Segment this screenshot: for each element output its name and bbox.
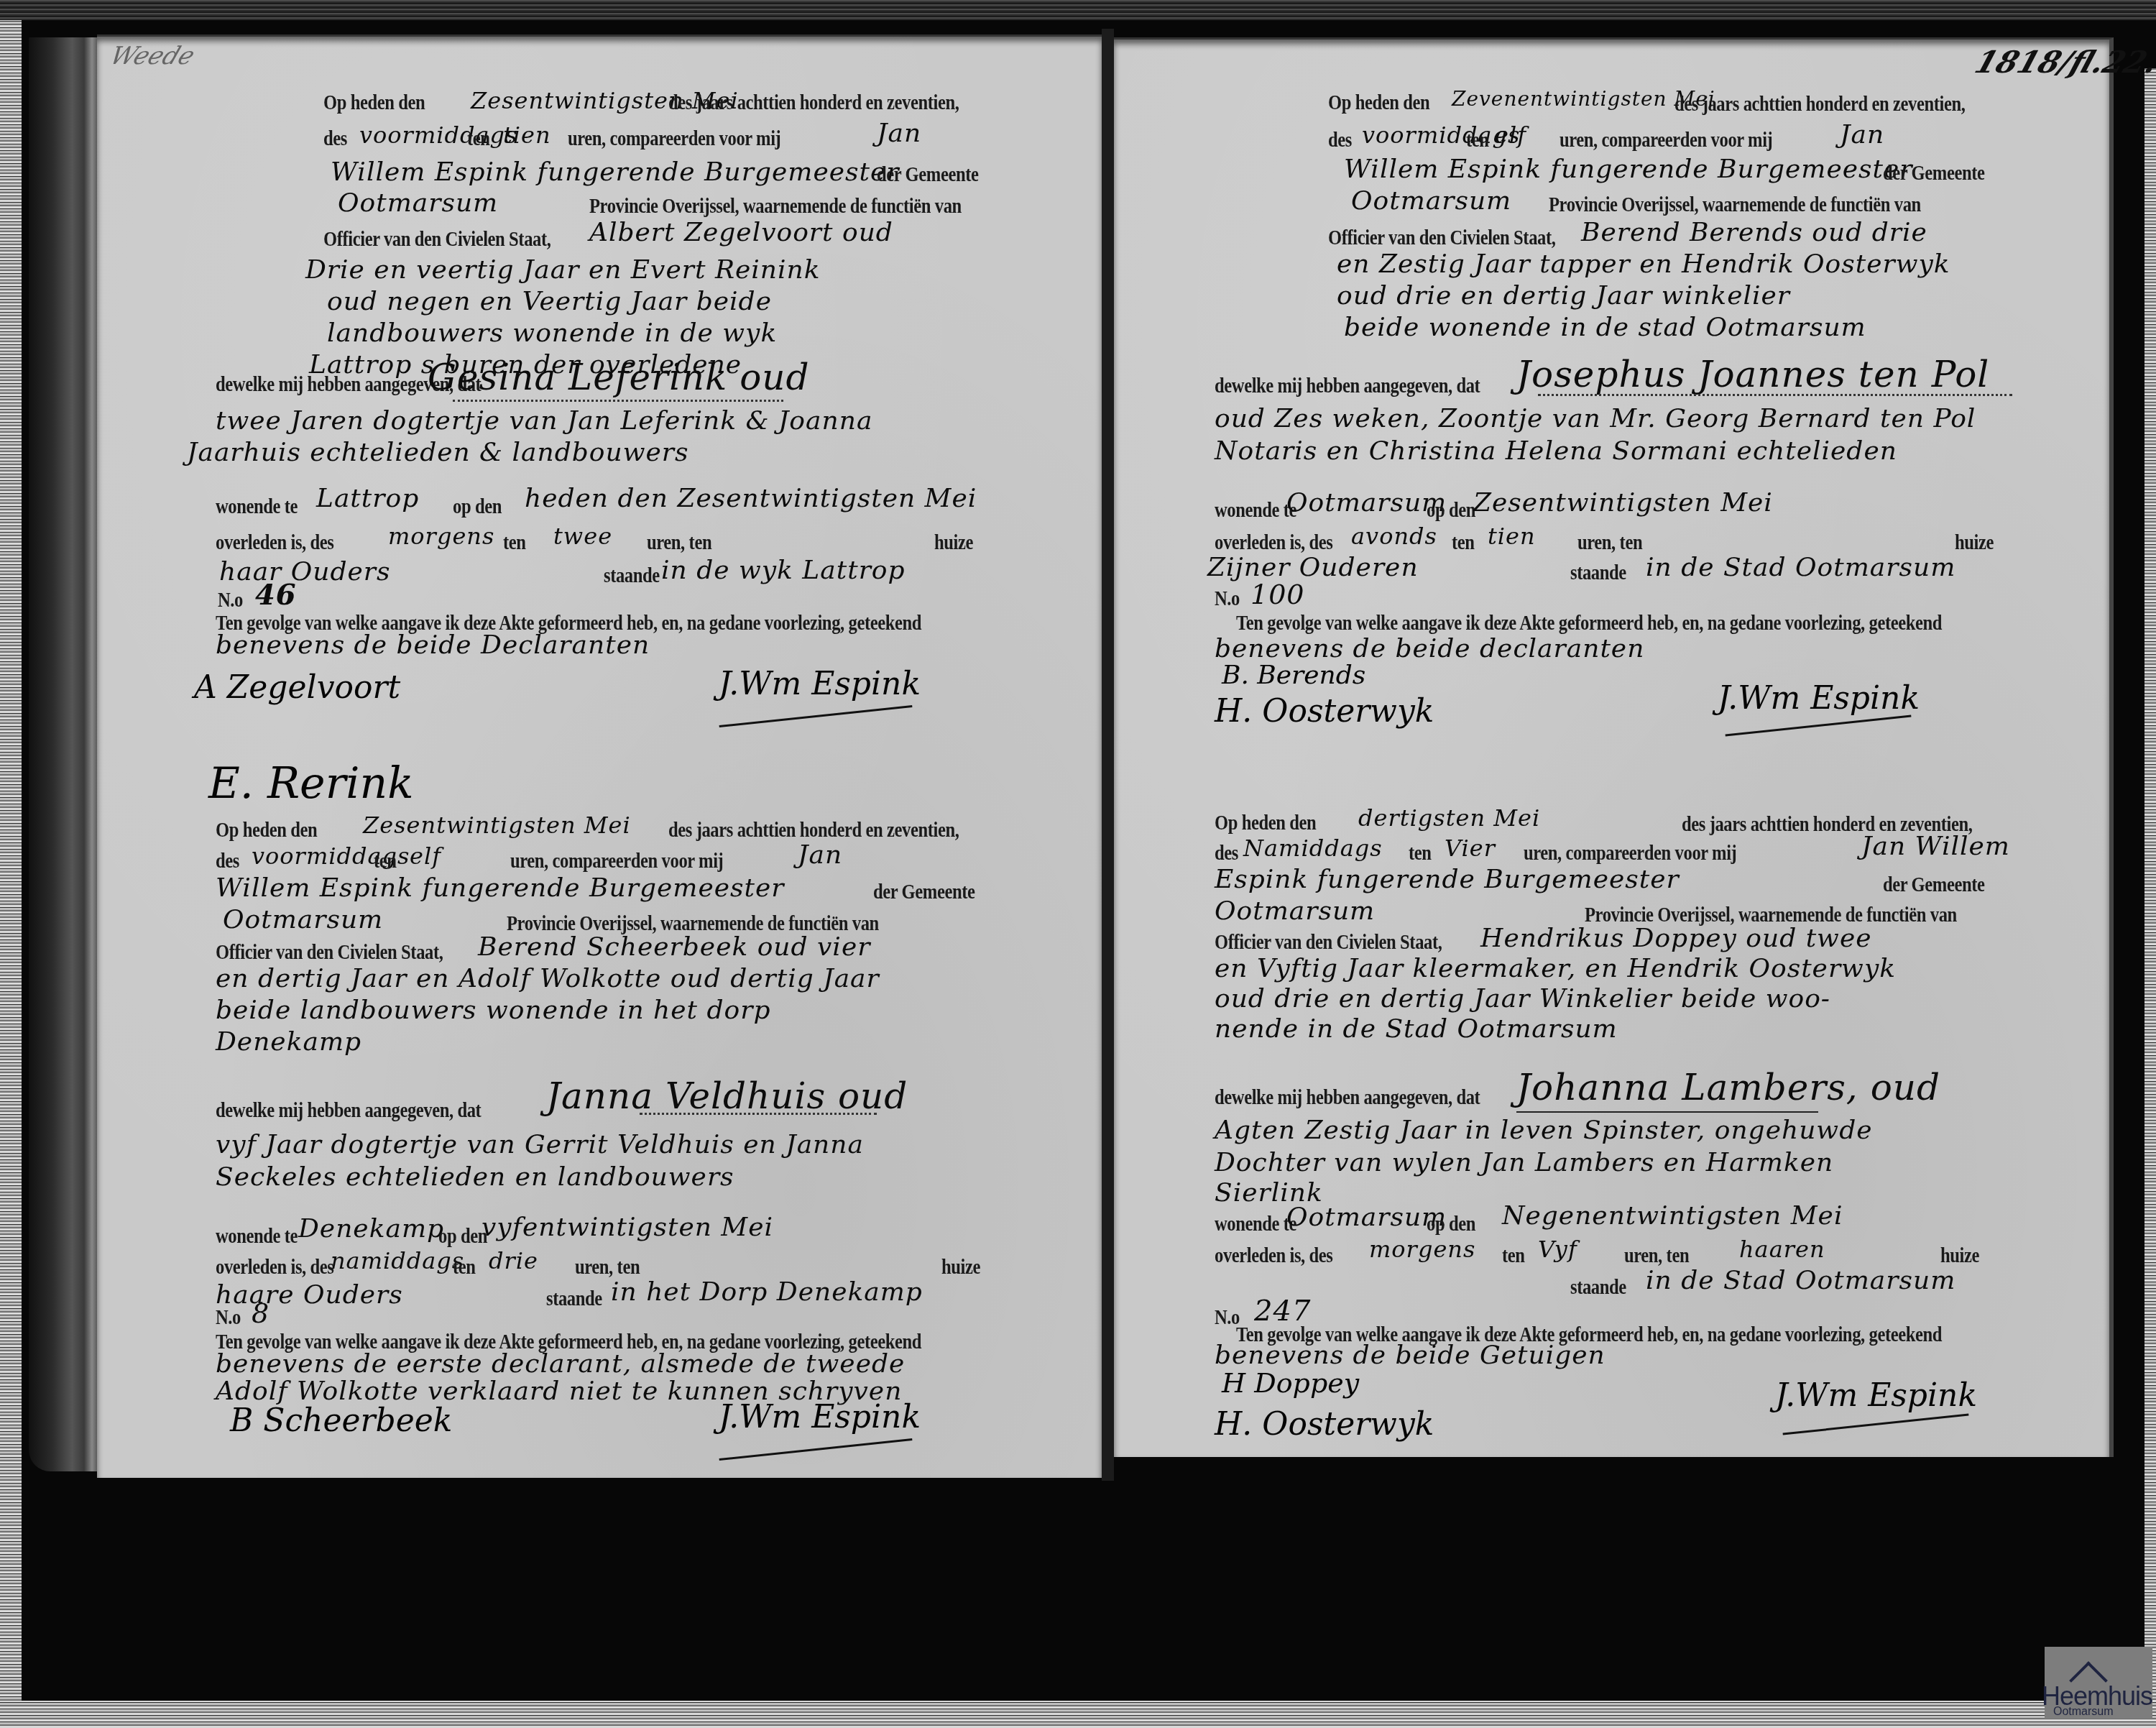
form-huize: huize xyxy=(1940,1245,1979,1267)
act-hour: elf xyxy=(410,845,441,868)
book-gutter xyxy=(1102,29,1114,1481)
form-overleden: overleden is, des xyxy=(216,532,334,553)
declarant-line-2: oud drie en dertig Jaar winkelier xyxy=(1337,283,1790,309)
form-uren-ten: uren, ten xyxy=(1624,1245,1689,1267)
death-location: in het Dorp Denekamp xyxy=(611,1279,923,1305)
act-hour: tien xyxy=(503,124,551,147)
form-op-den: op den xyxy=(453,496,502,518)
house: haaren xyxy=(1739,1238,1825,1261)
form-op-heden: Op heden den xyxy=(216,819,317,841)
margin-name: E. Rerink xyxy=(208,762,414,805)
death-date: Zesentwintigsten Mei xyxy=(1473,490,1773,516)
form-uren-comparant: uren, compareerden voor mij xyxy=(568,128,780,150)
signature-declarant: B Scheerbeek xyxy=(230,1405,452,1437)
details-line-1: Notaris en Christina Helena Sormani echt… xyxy=(1215,438,1897,464)
act-number: 46 xyxy=(255,581,297,610)
form-des-jaars: des jaars achttien honderd en zeventien, xyxy=(668,819,959,841)
form-officier: Officier van den Civielen Staat, xyxy=(1328,227,1555,249)
act-number: 247 xyxy=(1254,1297,1311,1325)
declarant-line-3: Denekamp xyxy=(216,1029,361,1055)
form-no: N.o xyxy=(1215,588,1240,610)
form-huize: huize xyxy=(941,1256,980,1278)
form-overleden: overleden is, des xyxy=(216,1256,334,1278)
form-uren-comparant: uren, compareerden voor mij xyxy=(1524,842,1736,864)
act-number: 8 xyxy=(252,1300,269,1327)
details-line-1: Jaarhuis echtelieden & landbouwers xyxy=(187,440,689,466)
form-wonende-te: wonende te xyxy=(1215,500,1296,521)
death-date: heden den Zesentwintigsten Mei xyxy=(525,486,977,512)
signature-official: J.Wm Espink xyxy=(1775,1380,1977,1412)
death-daypart: namiddags xyxy=(331,1249,464,1272)
form-uren-ten: uren, ten xyxy=(1577,532,1642,553)
official-name-1: Jan Willem xyxy=(1861,834,2010,860)
details-line-0: twee Jaren dogtertje van Jan Leferink & … xyxy=(216,408,872,434)
closing-text: benevens de beide declaranten xyxy=(1215,636,1644,662)
signature-declarant-1: B. Berends xyxy=(1222,663,1365,689)
act-date: Zesentwintigsten Mei xyxy=(363,814,631,837)
form-ten-gevolge: Ten gevolge van welke aangave ik deze Ak… xyxy=(1236,612,1942,634)
death-daypart: morgens xyxy=(388,525,494,548)
act-number: 100 xyxy=(1250,581,1305,608)
house: haare Ouders xyxy=(216,1282,403,1308)
death-hour: Vyf xyxy=(1538,1238,1577,1261)
form-overleden: overleden is, des xyxy=(1215,532,1333,553)
residence: Denekamp xyxy=(298,1216,444,1242)
form-staande: staande xyxy=(1570,1277,1626,1298)
form-ten: ten xyxy=(453,1256,476,1278)
declarant-line-1: en dertig Jaar en Adolf Wolkotte oud der… xyxy=(216,966,880,992)
signature-declarant-2: H. Oosterwyk xyxy=(1215,1409,1434,1440)
death-hour: drie xyxy=(489,1249,538,1272)
act-daypart: voormiddags xyxy=(359,124,517,147)
declarant-line-0: Berend Berends oud drie xyxy=(1581,220,1927,246)
form-ten: ten xyxy=(1466,129,1489,151)
act-hour: elf xyxy=(1495,124,1526,147)
form-staande: staande xyxy=(546,1288,602,1310)
act-place: Ootmarsum xyxy=(223,907,383,933)
form-dewelke: dewelke mij hebben aangegeven, dat xyxy=(216,1100,481,1121)
details-line-0: oud Zes weken, Zoontje van Mr. Georg Ber… xyxy=(1215,406,1976,432)
form-huize: huize xyxy=(934,532,973,553)
form-staande: staande xyxy=(604,565,660,587)
house: Zijner Ouderen xyxy=(1207,555,1419,581)
closing-text: benevens de beide Getuigen xyxy=(1215,1343,1606,1369)
official-name-1: Jan xyxy=(798,842,842,868)
scan-top-border xyxy=(0,0,2156,20)
act-place: Ootmarsum xyxy=(338,190,498,216)
signature-declarant-2: H. Oosterwyk xyxy=(1215,696,1434,727)
form-uren-comparant: uren, compareerden voor mij xyxy=(510,850,723,872)
form-no: N.o xyxy=(218,589,243,611)
form-uren-comparant: uren, compareerden voor mij xyxy=(1560,129,1772,151)
death-daypart: avonds xyxy=(1351,525,1437,548)
scan-right-border xyxy=(2145,68,2156,1722)
act-place: Ootmarsum xyxy=(1215,899,1375,924)
name-underline xyxy=(453,400,783,402)
official-name-2: Willem Espink fungerende Burgemeester xyxy=(1344,157,1913,183)
declarant-line-0: Berend Scheerbeek oud vier xyxy=(478,934,870,960)
act-date: dertigsten Mei xyxy=(1358,806,1540,829)
form-op-heden: Op heden den xyxy=(1328,92,1429,114)
residence: Ootmarsum xyxy=(1286,1205,1447,1231)
declarant-line-0: Albert Zegelvoort oud xyxy=(589,220,893,246)
form-provincie: Provincie Overijssel, waarnemende de fun… xyxy=(589,196,962,217)
official-name-2: Espink fungerende Burgemeester xyxy=(1215,867,1680,893)
deceased-name: Johanna Lambers, oud xyxy=(1516,1070,1940,1106)
watermark-place: Ootmarsum xyxy=(2053,1706,2114,1719)
act-place: Ootmarsum xyxy=(1351,188,1511,214)
act-hour: Vier xyxy=(1445,837,1496,860)
form-wonende-te: wonende te xyxy=(216,1226,298,1247)
form-dewelke: dewelke mij hebben aangegeven, dat xyxy=(1215,1087,1480,1108)
form-op-den: op den xyxy=(438,1226,487,1247)
form-wonende-te: wonende te xyxy=(216,496,298,518)
death-location: in de Stad Ootmarsum xyxy=(1646,1268,1955,1294)
declarant-line-1: en Vyftig Jaar kleermaker, en Hendrik Oo… xyxy=(1215,956,1896,982)
declarant-line-2: oud negen en Veertig Jaar beide xyxy=(327,289,772,315)
details-line-1: Dochter van wylen Jan Lambers en Harmken xyxy=(1215,1150,1833,1176)
form-overleden: overleden is, des xyxy=(1215,1245,1333,1267)
signature-declarant-1: H Doppey xyxy=(1222,1369,1359,1397)
folio-number: 1818/fl.22. xyxy=(1971,45,2156,80)
form-staande: staande xyxy=(1570,562,1626,584)
form-des-jaars: des jaars achttien honderd en zeventien, xyxy=(668,92,959,114)
signature-official: J.Wm Espink xyxy=(1718,683,1920,714)
declarant-line-0: Hendrikus Doppey oud twee xyxy=(1480,926,1872,952)
form-officier: Officier van den Civielen Staat, xyxy=(216,942,443,963)
form-op-den: op den xyxy=(1427,1213,1475,1235)
declarant-line-2: oud drie en dertig Jaar Winkelier beide … xyxy=(1215,986,1830,1012)
form-uren-ten: uren, ten xyxy=(575,1256,640,1278)
declarant-line-1: Drie en veertig Jaar en Evert Reinink xyxy=(305,257,821,283)
declarant-line-3: nende in de Stad Ootmarsum xyxy=(1215,1016,1618,1042)
death-daypart: morgens xyxy=(1369,1238,1475,1261)
form-uren-ten: uren, ten xyxy=(647,532,711,553)
declarant-line-1: en Zestig Jaar tapper en Hendrik Oosterw… xyxy=(1337,252,1950,277)
form-des: des xyxy=(216,850,239,872)
form-officier: Officier van den Civielen Staat, xyxy=(323,229,550,250)
book-page-edges xyxy=(29,37,108,1471)
form-der-gemeente: der Gemeente xyxy=(877,164,978,185)
form-des-jaars: des jaars achttien honderd en zeventien, xyxy=(1674,93,1966,115)
form-provincie: Provincie Overijssel, waarnemende de fun… xyxy=(507,913,879,934)
residence: Lattrop xyxy=(316,486,419,512)
signature-official: J.Wm Espink xyxy=(719,668,921,700)
form-op-heden: Op heden den xyxy=(1215,812,1316,834)
act-daypart: Namiddags xyxy=(1243,837,1383,860)
details-line-1: Seckeles echtelieden en landbouwers xyxy=(216,1164,734,1190)
closing-text: benevens de beide Declaranten xyxy=(216,633,650,658)
form-wonende-te: wonende te xyxy=(1215,1213,1296,1235)
death-location: in de wyk Lattrop xyxy=(661,558,906,584)
left-corner-note: Weede xyxy=(106,42,199,70)
form-ten: ten xyxy=(1502,1245,1525,1267)
death-location: in de Stad Ootmarsum xyxy=(1646,555,1955,581)
form-des: des xyxy=(1328,129,1352,151)
form-ten: ten xyxy=(374,850,397,872)
form-ten: ten xyxy=(1409,842,1432,864)
official-name-2: Willem Espink fungerende Burgemeester xyxy=(216,876,785,901)
death-date: vyfentwintigsten Mei xyxy=(482,1215,773,1241)
scan-bottom-border xyxy=(0,1701,2156,1728)
declarant-line-2: beide landbouwers wonende in het dorp xyxy=(216,998,771,1024)
form-des: des xyxy=(1215,842,1238,864)
name-underline xyxy=(1538,394,2012,396)
form-ten: ten xyxy=(503,532,526,553)
name-underline xyxy=(640,1113,877,1115)
declarant-line-3: beide wonende in de stad Ootmarsum xyxy=(1344,315,1866,341)
deceased-name: Janna Veldhuis oud xyxy=(546,1078,908,1114)
form-no: N.o xyxy=(216,1307,241,1328)
details-line-0: vyf Jaar dogtertje van Gerrit Veldhuis e… xyxy=(216,1132,864,1158)
signature-official: J.Wm Espink xyxy=(719,1402,921,1433)
form-des: des xyxy=(323,128,347,150)
official-name-2: Willem Espink fungerende Burgemeester xyxy=(331,160,900,185)
signature-declarant: A Zegelvoort xyxy=(194,672,400,704)
heemhuis-watermark: Heemhuis Ootmarsum xyxy=(2045,1647,2152,1719)
official-name-1: Jan xyxy=(877,121,921,147)
residence: Ootmarsum xyxy=(1286,490,1447,516)
form-huize: huize xyxy=(1955,532,1994,553)
death-date: Negenentwintigsten Mei xyxy=(1502,1203,1843,1229)
details-line-0: Agten Zestig Jaar in leven Spinster, ong… xyxy=(1215,1118,1872,1144)
death-hour: tien xyxy=(1488,525,1536,548)
form-ten: ten xyxy=(1452,532,1475,553)
form-op-den: op den xyxy=(1427,500,1475,521)
deceased-name: Josephus Joannes ten Pol xyxy=(1516,357,1989,392)
form-der-gemeente: der Gemeente xyxy=(873,881,975,903)
form-provincie: Provincie Overijssel, waarnemende de fun… xyxy=(1549,194,1921,216)
form-op-heden: Op heden den xyxy=(323,92,425,114)
scan-left-border xyxy=(0,20,22,1709)
form-provincie: Provincie Overijssel, waarnemende de fun… xyxy=(1585,904,1957,926)
form-der-gemeente: der Gemeente xyxy=(1883,874,1984,896)
house: haar Ouders xyxy=(219,559,391,585)
form-der-gemeente: der Gemeente xyxy=(1883,162,1984,184)
form-dewelke: dewelke mij hebben aangegeven, dat xyxy=(1215,375,1480,397)
deceased-name: Gesina Leferink oud xyxy=(428,359,810,395)
closing-line-0: benevens de eerste declarant, alsmede de… xyxy=(216,1351,905,1377)
death-hour: twee xyxy=(553,525,612,548)
name-underline xyxy=(1516,1111,1818,1113)
official-name-1: Jan xyxy=(1840,122,1884,148)
form-officier: Officier van den Civielen Staat, xyxy=(1215,932,1442,953)
form-ten: ten xyxy=(467,128,490,150)
declarant-line-3: landbouwers wonende in de wyk xyxy=(327,321,777,346)
